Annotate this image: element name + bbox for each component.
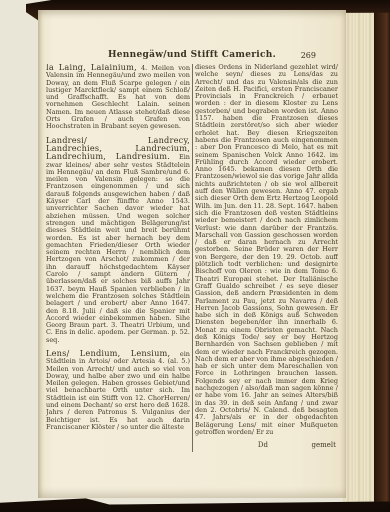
book-page: Hennegäw/und Stifft Camerich. 269 la Lai… [38,10,346,498]
entry-landresi: Landresi/ Landrecy, Landrechies, Landrec… [46,137,190,344]
column-divider-rule [192,64,193,452]
entry-lead: Landresi/ Landrecy, Landrechies, Landrec… [46,135,190,162]
page-number: 269 [301,51,316,60]
continuation-text: dieses Ordens in Niderland gezehlet wird… [195,64,338,436]
book-photo: Hennegäw/und Stifft Camerich. 269 la Lai… [0,0,390,512]
entry-text: ein Städtlein in Artois/ oder Artesia 4.… [46,350,190,431]
book-cover-right [374,0,390,512]
gathering-signature: Dd [258,442,268,449]
entry-text: 4. Meilen von Valensin im Hennegäu/und z… [46,64,190,130]
entry-lalaing: la Laing, Lalainium, 4. Meilen von Valen… [46,64,190,131]
catchword: gemelt [312,442,336,449]
text-column-left: la Laing, Lalainium, 4. Meilen von Valen… [46,64,190,460]
entry-lens: Lens/ Lendium, Lensium, ein Städtlein in… [46,350,190,431]
text-column-right: dieses Ordens in Niderland gezehlet wird… [195,64,338,460]
fore-edge-pages [342,8,376,504]
text-block: la Laing, Lalainium, 4. Meilen von Valen… [46,64,338,460]
signature-line: Dd gemelt [195,442,338,451]
entry-text: Ein zwar kleines/ aber sehr vestes Städt… [46,153,190,343]
